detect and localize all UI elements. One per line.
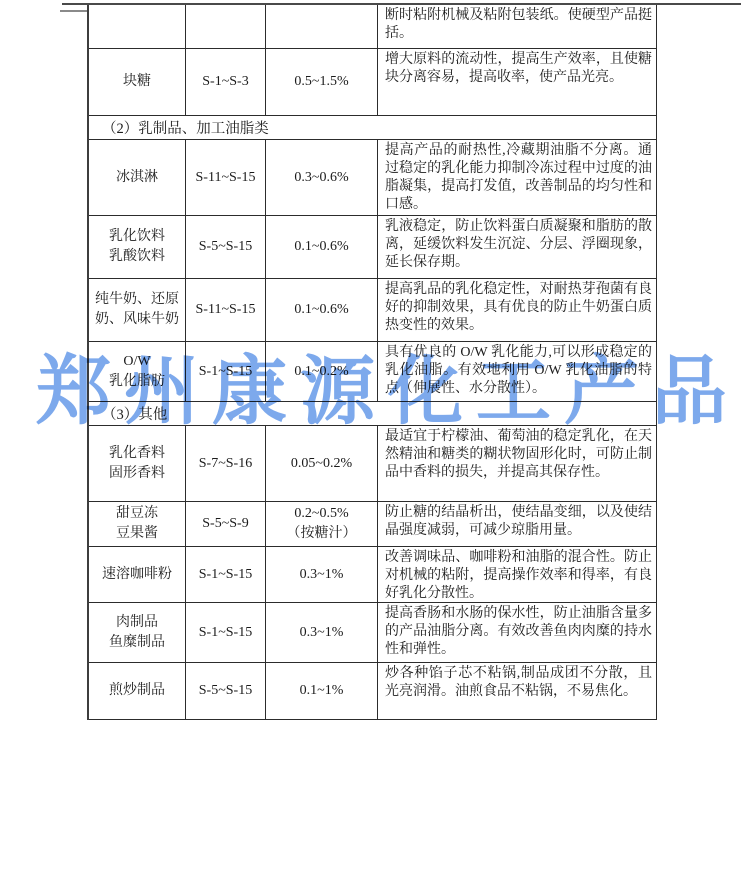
cell-application: O/W 乳化脂肪 bbox=[89, 342, 186, 402]
cell-dosage: 0.3~1% bbox=[266, 603, 378, 663]
cell-effect: 断时粘附机械及粘附包装纸。使硬型产品挺括。 bbox=[378, 5, 657, 49]
cell-application: 冰淇淋 bbox=[89, 140, 186, 216]
table-row: O/W 乳化脂肪S-1~S-150.1~0.2%具有优良的 O/W 乳化能力,可… bbox=[89, 342, 657, 402]
application-table: 断时粘附机械及粘附包装纸。使硬型产品挺括。块糖S-1~S-30.5~1.5%增大… bbox=[87, 5, 657, 720]
table-row: 纯牛奶、还原 奶、风味牛奶S-11~S-150.1~0.6%提高乳品的乳化稳定性… bbox=[89, 279, 657, 342]
cell-effect: 具有优良的 O/W 乳化能力,可以形成稳定的乳化油脂。有效地利用 O/W 乳化油… bbox=[378, 342, 657, 402]
cell-effect: 改善调味品、咖啡粉和油脂的混合性。防止对机械的粘附，提高操作效率和得率，有良好乳… bbox=[378, 547, 657, 603]
cell-model-range: S-1~S-15 bbox=[186, 547, 266, 603]
cell-effect: 提高乳品的乳化稳定性，对耐热芽孢菌有良好的抑制效果，具有优良的防止牛奶蛋白质热变… bbox=[378, 279, 657, 342]
cell-effect: 提高香肠和水肠的保水性，防止油脂含量多的产品油脂分离。有效改善鱼肉肉糜的持水性和… bbox=[378, 603, 657, 663]
cell-effect: 防止糖的结晶析出，使结晶变细，以及使结晶强度减弱，可减少琼脂用量。 bbox=[378, 502, 657, 547]
scan-artifact-line bbox=[60, 10, 87, 12]
cell-application: 速溶咖啡粉 bbox=[89, 547, 186, 603]
table-row: 断时粘附机械及粘附包装纸。使硬型产品挺括。 bbox=[89, 5, 657, 49]
section-header-label: （3）其他 bbox=[89, 402, 657, 426]
table-row: 煎炒制品S-5~S-150.1~1%炒各种馅子芯不粘锅,制品成团不分散，且光亮润… bbox=[89, 663, 657, 720]
cell-model-range: S-1~S-3 bbox=[186, 49, 266, 116]
cell-effect: 最适宜于柠檬油、葡萄油的稳定乳化，在天然精油和糖类的糊状物固形化时，可防止制品中… bbox=[378, 426, 657, 502]
cell-model-range: S-1~S-15 bbox=[186, 342, 266, 402]
cell-effect: 乳液稳定，防止饮料蛋白质凝聚和脂肪的散离，延缓饮料发生沉淀、分层、浮圈现象，延长… bbox=[378, 216, 657, 279]
cell-model-range: S-5~S-15 bbox=[186, 216, 266, 279]
cell-model-range: S-11~S-15 bbox=[186, 279, 266, 342]
cell-effect: 增大原料的流动性，提高生产效率，且使糖块分离容易，提高收率，使产品光亮。 bbox=[378, 49, 657, 116]
cell-dosage bbox=[266, 5, 378, 49]
cell-dosage: 0.3~0.6% bbox=[266, 140, 378, 216]
section-header-row: （2）乳制品、加工油脂类 bbox=[89, 116, 657, 140]
cell-effect: 提高产品的耐热性,冷藏期油脂不分离。通过稳定的乳化能力抑制冷冻过程中过度的油脂凝… bbox=[378, 140, 657, 216]
cell-application: 块糖 bbox=[89, 49, 186, 116]
table-row: 乳化饮料 乳酸饮料S-5~S-150.1~0.6%乳液稳定，防止饮料蛋白质凝聚和… bbox=[89, 216, 657, 279]
cell-application: 纯牛奶、还原 奶、风味牛奶 bbox=[89, 279, 186, 342]
table-row: 块糖S-1~S-30.5~1.5%增大原料的流动性，提高生产效率，且使糖块分离容… bbox=[89, 49, 657, 116]
cell-application bbox=[89, 5, 186, 49]
cell-dosage: 0.1~0.2% bbox=[266, 342, 378, 402]
table-row: 甜豆冻 豆果酱S-5~S-90.2~0.5% （按糖汁）防止糖的结晶析出，使结晶… bbox=[89, 502, 657, 547]
cell-model-range: S-5~S-15 bbox=[186, 663, 266, 720]
cell-dosage: 0.1~0.6% bbox=[266, 279, 378, 342]
cell-model-range: S-7~S-16 bbox=[186, 426, 266, 502]
cell-application: 乳化香料 固形香料 bbox=[89, 426, 186, 502]
cell-dosage: 0.5~1.5% bbox=[266, 49, 378, 116]
cell-model-range: S-1~S-15 bbox=[186, 603, 266, 663]
cell-dosage: 0.1~1% bbox=[266, 663, 378, 720]
table-row: 冰淇淋S-11~S-150.3~0.6%提高产品的耐热性,冷藏期油脂不分离。通过… bbox=[89, 140, 657, 216]
cell-dosage: 0.1~0.6% bbox=[266, 216, 378, 279]
cell-effect: 炒各种馅子芯不粘锅,制品成团不分散，且光亮润滑。油煎食品不粘锅，不易焦化。 bbox=[378, 663, 657, 720]
section-header-label: （2）乳制品、加工油脂类 bbox=[89, 116, 657, 140]
cell-dosage: 0.2~0.5% （按糖汁） bbox=[266, 502, 378, 547]
section-header-row: （3）其他 bbox=[89, 402, 657, 426]
table-row: 肉制品 鱼糜制品S-1~S-150.3~1%提高香肠和水肠的保水性，防止油脂含量… bbox=[89, 603, 657, 663]
cell-model-range bbox=[186, 5, 266, 49]
cell-model-range: S-5~S-9 bbox=[186, 502, 266, 547]
cell-model-range: S-11~S-15 bbox=[186, 140, 266, 216]
cell-dosage: 0.05~0.2% bbox=[266, 426, 378, 502]
cell-application: 煎炒制品 bbox=[89, 663, 186, 720]
table-row: 乳化香料 固形香料S-7~S-160.05~0.2%最适宜于柠檬油、葡萄油的稳定… bbox=[89, 426, 657, 502]
cell-application: 甜豆冻 豆果酱 bbox=[89, 502, 186, 547]
cell-application: 肉制品 鱼糜制品 bbox=[89, 603, 186, 663]
table-row: 速溶咖啡粉S-1~S-150.3~1%改善调味品、咖啡粉和油脂的混合性。防止对机… bbox=[89, 547, 657, 603]
cell-application: 乳化饮料 乳酸饮料 bbox=[89, 216, 186, 279]
document-page: 断时粘附机械及粘附包装纸。使硬型产品挺括。块糖S-1~S-30.5~1.5%增大… bbox=[0, 0, 741, 876]
cell-dosage: 0.3~1% bbox=[266, 547, 378, 603]
